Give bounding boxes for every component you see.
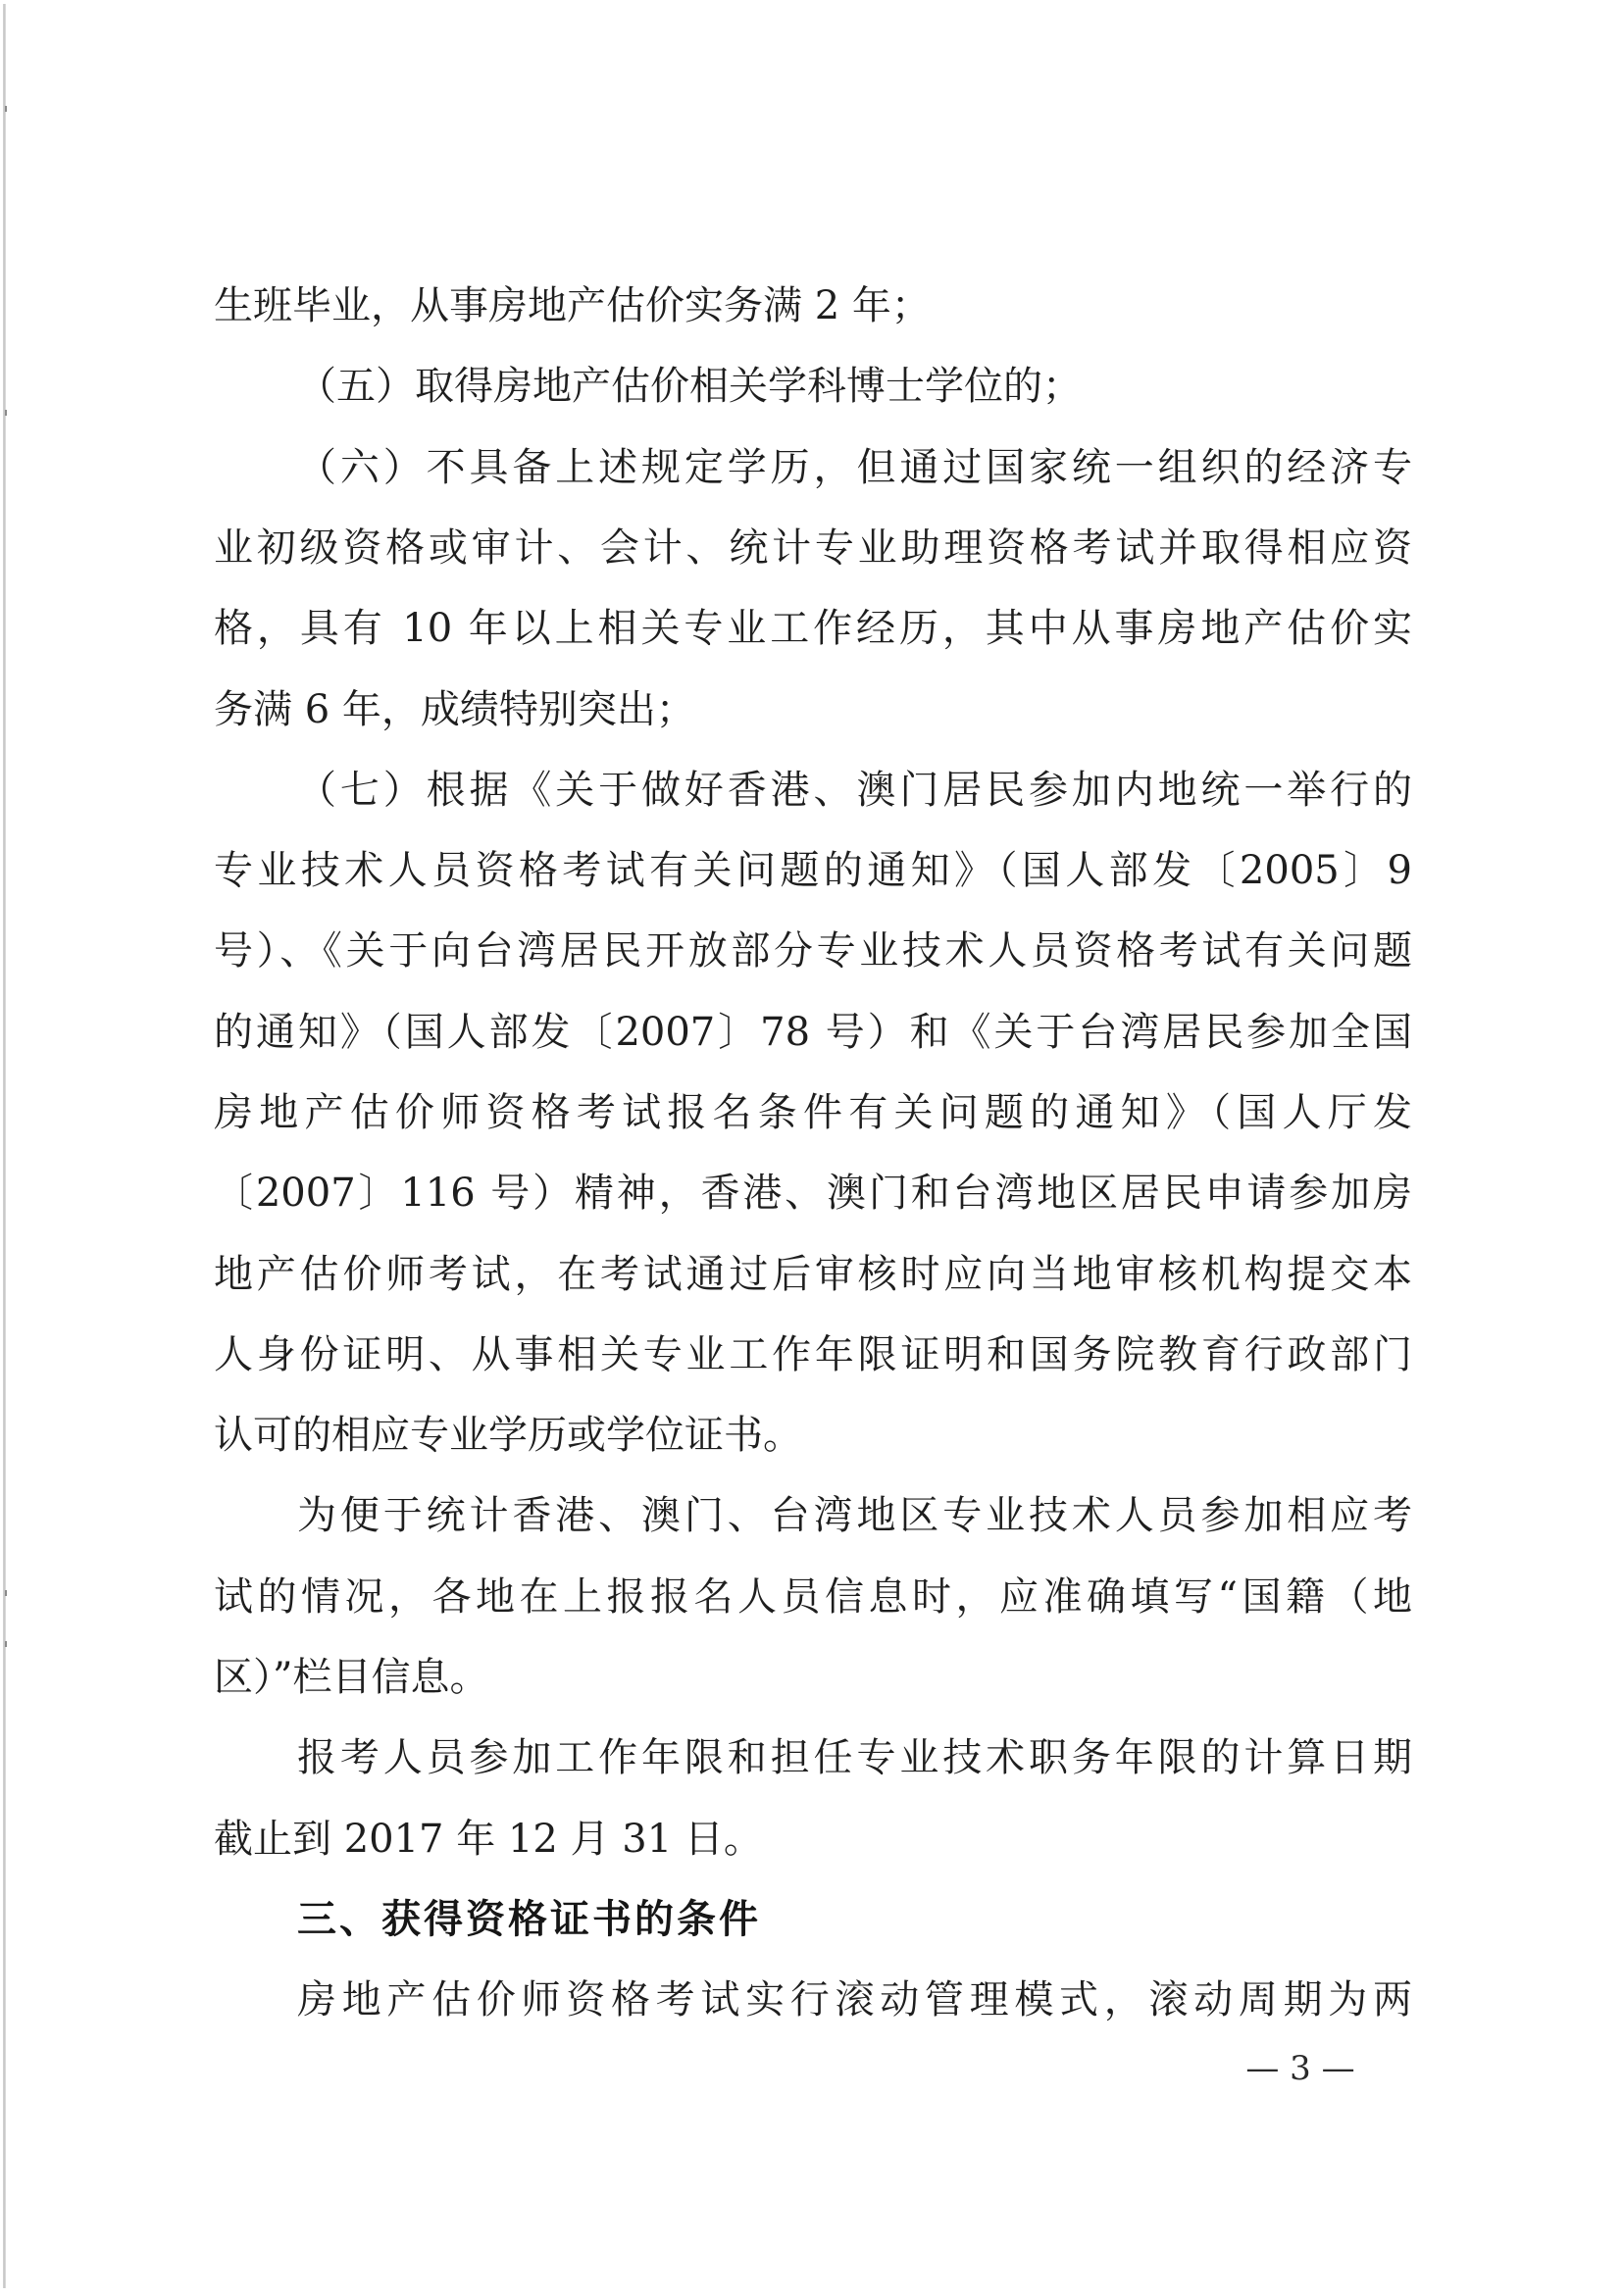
text-line: 号）、《关于向台湾居民开放部分专业技术人员资格考试有关问题 <box>214 926 1412 975</box>
scan-mark <box>5 1590 7 1596</box>
text-line: 房地产估价师资格考试报名条件有关问题的通知》（国人厅发 <box>214 1088 1412 1137</box>
text-line: 地产估价师考试，在考试通过后审核时应向当地审核机构提交本 <box>214 1250 1412 1299</box>
text-line: 区）”栏目信息。 <box>214 1653 1412 1702</box>
text-line: 专业技术人员资格考试有关问题的通知》（国人部发〔2005〕9 <box>214 846 1412 895</box>
text-line: （七）根据《关于做好香港、澳门居民参加内地统一举行的 <box>297 766 1412 815</box>
text-line: 报考人员参加工作年限和担任专业技术职务年限的计算日期 <box>297 1733 1412 1782</box>
scan-edge-shadow <box>3 4 6 2288</box>
scan-mark <box>5 106 7 112</box>
text-line: 业初级资格或审计、会计、统计专业助理资格考试并取得相应资 <box>214 524 1412 573</box>
text-line: （五）取得房地产估价相关学科博士学位的； <box>297 362 1412 411</box>
text-line: 格，具有 10 年以上相关专业工作经历，其中从事房地产估价实 <box>214 604 1412 653</box>
text-line: 截止到 2017 年 12 月 31 日。 <box>214 1815 1412 1864</box>
text-line: 认可的相应专业学历或学位证书。 <box>214 1411 1412 1460</box>
text-line: 人身份证明、从事相关专业工作年限证明和国务院教育行政部门 <box>214 1330 1412 1379</box>
text-line: 试的情况，各地在上报报名人员信息时，应准确填写“国籍（地 <box>214 1572 1412 1622</box>
text-line: 务满 6 年，成绩特别突出； <box>214 685 1412 734</box>
text-line: 的通知》（国人部发〔2007〕78 号）和《关于台湾居民参加全国 <box>214 1008 1412 1057</box>
page-number: — 3 — <box>1212 2047 1389 2090</box>
text-line: 为便于统计香港、澳门、台湾地区专业技术人员参加相应考 <box>297 1491 1412 1540</box>
text-line: 房地产估价师资格考试实行滚动管理模式，滚动周期为两 <box>297 1975 1412 2024</box>
scan-mark <box>5 410 7 416</box>
section-heading: 三、获得资格证书的条件 <box>297 1895 1412 1944</box>
text-line: （六）不具备上述规定学历，但通过国家统一组织的经济专 <box>297 443 1412 492</box>
text-line: 〔2007〕116 号）精神，香港、澳门和台湾地区居民申请参加房 <box>214 1169 1412 1218</box>
text-line: 生班毕业，从事房地产估价实务满 2 年； <box>214 281 1412 330</box>
scan-mark <box>5 1641 7 1647</box>
